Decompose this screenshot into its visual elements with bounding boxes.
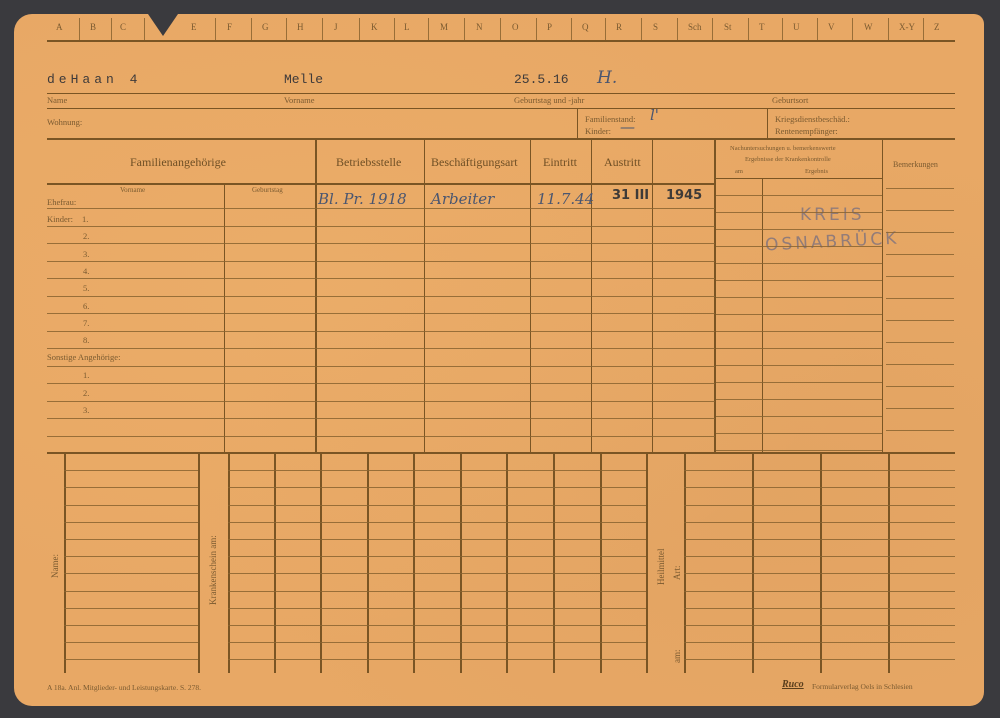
tab-separator	[817, 18, 818, 40]
header-divider	[716, 178, 882, 179]
grid-col-line	[820, 453, 822, 673]
grid-row-line	[228, 608, 646, 609]
tab-separator	[641, 18, 642, 40]
header-beschaeftigungsart: Beschäftigungsart	[431, 155, 518, 170]
kinder-row-label: 5.	[83, 283, 89, 293]
control-row-line	[716, 331, 882, 332]
grid-row-line	[684, 556, 955, 557]
divider	[47, 108, 955, 109]
bemerkungen-row-line	[886, 320, 954, 321]
grid-col-line	[600, 453, 602, 673]
grid-row-line	[684, 487, 955, 488]
grid-row-line	[228, 642, 646, 643]
control-header-2: Ergebnisse der Krankenkontrolle	[745, 156, 831, 163]
table-row-line	[47, 383, 715, 384]
table-row-line	[47, 226, 715, 227]
entry-beschaeftigungsart: Arbeiter	[431, 190, 494, 208]
ehefrau-label: Ehefrau:	[47, 197, 76, 207]
grid-row-line	[684, 608, 955, 609]
stamp-kreis: KREIS	[800, 205, 865, 225]
grid-row-line	[228, 591, 646, 592]
table-row-line	[47, 331, 715, 332]
index-tab-st: St	[724, 22, 732, 32]
grid-row-line	[64, 608, 198, 609]
col-line	[762, 178, 763, 452]
grid-row-line	[64, 642, 198, 643]
divider	[47, 93, 955, 94]
kinder-row-label: 2.	[83, 231, 89, 241]
bottom-heilmittel-label: Heilmittel	[656, 549, 666, 586]
control-row-line	[716, 450, 882, 451]
grid-col-line	[646, 453, 648, 673]
tab-strip-line	[47, 40, 955, 42]
divider	[767, 108, 768, 138]
kinder-value: —	[620, 118, 635, 136]
index-tab-sch: Sch	[688, 22, 702, 32]
grid-row-line	[684, 505, 955, 506]
section-divider	[47, 452, 955, 454]
control-row-line	[716, 416, 882, 417]
kinder-row-label: 6.	[83, 301, 89, 311]
label-name: Name	[47, 95, 67, 105]
label-kriegsdienst: Kriegsdienstbeschäd.:	[775, 114, 850, 124]
header-divider	[47, 183, 715, 185]
kinder-row-label: 8.	[83, 335, 89, 345]
control-row-line	[716, 212, 882, 213]
tab-separator	[359, 18, 360, 40]
tab-separator	[748, 18, 749, 40]
kinder-row-label: 3.	[83, 249, 89, 259]
tab-separator	[571, 18, 572, 40]
grid-col-line	[888, 453, 890, 673]
grid-col-line	[198, 453, 200, 673]
index-tab-t: T	[759, 22, 765, 32]
table-row-line	[47, 261, 715, 262]
index-tab-p: P	[547, 22, 552, 32]
tab-separator	[923, 18, 924, 40]
tab-separator	[428, 18, 429, 40]
tab-separator	[536, 18, 537, 40]
familienstand-value: l'	[650, 106, 659, 124]
table-row-line	[47, 348, 715, 349]
col-line	[224, 183, 225, 452]
index-tab-j: J	[334, 22, 338, 32]
bottom-am-label: am:	[672, 650, 682, 664]
tab-separator	[888, 18, 889, 40]
index-tab-z: Z	[934, 22, 940, 32]
index-tab-l: L	[404, 22, 410, 32]
index-tab-u: U	[793, 22, 800, 32]
tab-separator	[782, 18, 783, 40]
bemerkungen-row-line	[886, 298, 954, 299]
bemerkungen-row-line	[886, 232, 954, 233]
index-tab-s: S	[653, 22, 658, 32]
name-value: deHaan 4	[47, 72, 141, 87]
tab-separator	[677, 18, 678, 40]
sonstige-row-label: 3.	[83, 405, 89, 415]
divider	[577, 108, 578, 138]
kinder-label: Kinder:	[47, 214, 73, 224]
tab-separator	[500, 18, 501, 40]
table-row-line	[47, 366, 715, 367]
bemerkungen-row-line	[886, 430, 954, 431]
grid-row-line	[64, 625, 198, 626]
tab-separator	[712, 18, 713, 40]
grid-col-line	[320, 453, 322, 673]
grid-row-line	[684, 591, 955, 592]
label-wohnung: Wohnung:	[47, 117, 82, 127]
table-row-line	[47, 401, 715, 402]
index-tab-c: C	[120, 22, 126, 32]
table-row-line	[47, 208, 715, 209]
bottom-art-label: Art:	[672, 566, 682, 581]
grid-col-line	[228, 453, 230, 673]
tab-separator	[111, 18, 112, 40]
label-kinder: Kinder:	[585, 126, 611, 136]
form-number: A 18a. Anl. Mitglieder- und Leistungskar…	[47, 683, 201, 692]
control-row-line	[716, 382, 882, 383]
section-divider	[47, 138, 955, 140]
table-row-line	[47, 278, 715, 279]
bemerkungen-row-line	[886, 342, 954, 343]
grid-row-line	[684, 522, 955, 523]
entry-eintritt: 11.7.44	[537, 190, 594, 208]
entry-austritt-year: 1945	[666, 188, 702, 203]
grid-row-line	[684, 625, 955, 626]
grid-row-line	[64, 556, 198, 557]
control-col-am: am	[735, 168, 743, 175]
control-row-line	[716, 263, 882, 264]
bemerkungen-row-line	[886, 408, 954, 409]
bemerkungen-row-line	[886, 276, 954, 277]
grid-row-line	[64, 522, 198, 523]
control-row-line	[716, 229, 882, 230]
table-row-line	[47, 436, 715, 437]
control-col-ergebnis: Ergebnis	[805, 168, 828, 175]
tab-separator	[464, 18, 465, 40]
tab-separator	[286, 18, 287, 40]
grid-row-line	[64, 539, 198, 540]
grid-col-line	[460, 453, 462, 673]
grid-row-line	[228, 470, 646, 471]
entry-betriebsstelle: Bl. Pr. 1918	[318, 190, 407, 208]
grid-row-line	[228, 539, 646, 540]
index-tab-h: H	[297, 22, 304, 32]
index-tab-w: W	[864, 22, 873, 32]
index-tab-f: F	[227, 22, 232, 32]
index-tab-k: K	[371, 22, 378, 32]
control-row-line	[716, 195, 882, 196]
grid-row-line	[228, 487, 646, 488]
table-row-line	[47, 313, 715, 314]
bottom-name-label: Name:	[50, 554, 60, 578]
publisher-name: Formularverlag Oels in Schlesien	[812, 682, 913, 691]
index-tab-o: O	[512, 22, 519, 32]
control-header-1: Nachuntersuchungen u. bemerkenswerte	[730, 145, 836, 152]
index-tab-q: Q	[582, 22, 589, 32]
index-tab-n: N	[476, 22, 483, 32]
grid-row-line	[684, 573, 955, 574]
col-line	[882, 140, 883, 452]
index-tab-v: V	[828, 22, 835, 32]
tab-separator	[852, 18, 853, 40]
header-betriebsstelle: Betriebsstelle	[336, 155, 401, 170]
birthdate-mark: H.	[597, 68, 617, 88]
grid-col-line	[274, 453, 276, 673]
label-geburtstag: Geburtstag und -jahr	[514, 95, 584, 105]
tab-separator	[215, 18, 216, 40]
publisher-logo: Ruco	[782, 679, 804, 690]
sonstige-label: Sonstige Angehörige:	[47, 352, 120, 362]
table-row-line	[47, 418, 715, 419]
header-bemerkungen: Bemerkungen	[893, 160, 938, 169]
index-tab-a: A	[56, 22, 63, 32]
grid-row-line	[64, 659, 198, 660]
grid-row-line	[684, 659, 955, 660]
tab-separator	[144, 18, 145, 40]
control-row-line	[716, 246, 882, 247]
control-row-line	[716, 433, 882, 434]
grid-col-line	[684, 453, 686, 673]
index-tab-b: B	[90, 22, 96, 32]
vorname-value: Melle	[284, 72, 323, 87]
col-vorname: Vorname	[120, 186, 145, 194]
control-row-line	[716, 280, 882, 281]
kinder-row-label: 7.	[83, 318, 89, 328]
grid-row-line	[228, 573, 646, 574]
grid-row-line	[228, 505, 646, 506]
bemerkungen-row-line	[886, 254, 954, 255]
tab-separator	[251, 18, 252, 40]
bemerkungen-row-line	[886, 210, 954, 211]
label-rentenempfaenger: Rentenempfänger:	[775, 126, 838, 136]
grid-col-line	[64, 453, 66, 673]
bemerkungen-row-line	[886, 364, 954, 365]
grid-col-line	[506, 453, 508, 673]
tab-separator	[79, 18, 80, 40]
bottom-krankenschein-label: Krankenschein am:	[208, 535, 218, 605]
bemerkungen-row-line	[886, 188, 954, 189]
grid-row-line	[684, 539, 955, 540]
family-title: Familienangehörige	[130, 155, 226, 170]
bemerkungen-row-line	[886, 386, 954, 387]
grid-row-line	[64, 573, 198, 574]
grid-row-line	[684, 642, 955, 643]
grid-row-line	[684, 470, 955, 471]
grid-col-line	[413, 453, 415, 673]
header-eintritt: Eintritt	[543, 155, 577, 170]
label-geburtsort: Geburtsort	[772, 95, 808, 105]
tab-separator	[322, 18, 323, 40]
label-vorname: Vorname	[284, 95, 315, 105]
birthdate-value: 25.5.16	[514, 72, 569, 87]
table-row-line	[47, 243, 715, 244]
sonstige-row-label: 2.	[83, 388, 89, 398]
header-austritt: Austritt	[604, 155, 641, 170]
grid-row-line	[64, 591, 198, 592]
grid-col-line	[553, 453, 555, 673]
grid-col-line	[752, 453, 754, 673]
kinder-row-label: 1.	[82, 214, 88, 224]
table-row-line	[47, 296, 715, 297]
index-tab-x-y: X-Y	[899, 22, 915, 32]
entry-austritt: 31 III	[612, 188, 649, 203]
control-row-line	[716, 399, 882, 400]
grid-row-line	[64, 470, 198, 471]
index-tab-e: E	[191, 22, 197, 32]
card-notch	[148, 14, 178, 36]
index-tab-r: R	[616, 22, 622, 32]
grid-row-line	[228, 625, 646, 626]
kinder-row-label: 4.	[83, 266, 89, 276]
index-tab-m: M	[440, 22, 448, 32]
index-tab-g: G	[262, 22, 269, 32]
grid-row-line	[228, 659, 646, 660]
control-row-line	[716, 348, 882, 349]
control-row-line	[716, 297, 882, 298]
grid-row-line	[64, 487, 198, 488]
grid-row-line	[228, 522, 646, 523]
grid-col-line	[367, 453, 369, 673]
grid-row-line	[228, 556, 646, 557]
control-row-line	[716, 314, 882, 315]
sonstige-row-label: 1.	[83, 370, 89, 380]
tab-separator	[394, 18, 395, 40]
tab-separator	[605, 18, 606, 40]
col-geburtstag: Geburtstag	[252, 186, 283, 194]
grid-row-line	[64, 505, 198, 506]
control-row-line	[716, 365, 882, 366]
